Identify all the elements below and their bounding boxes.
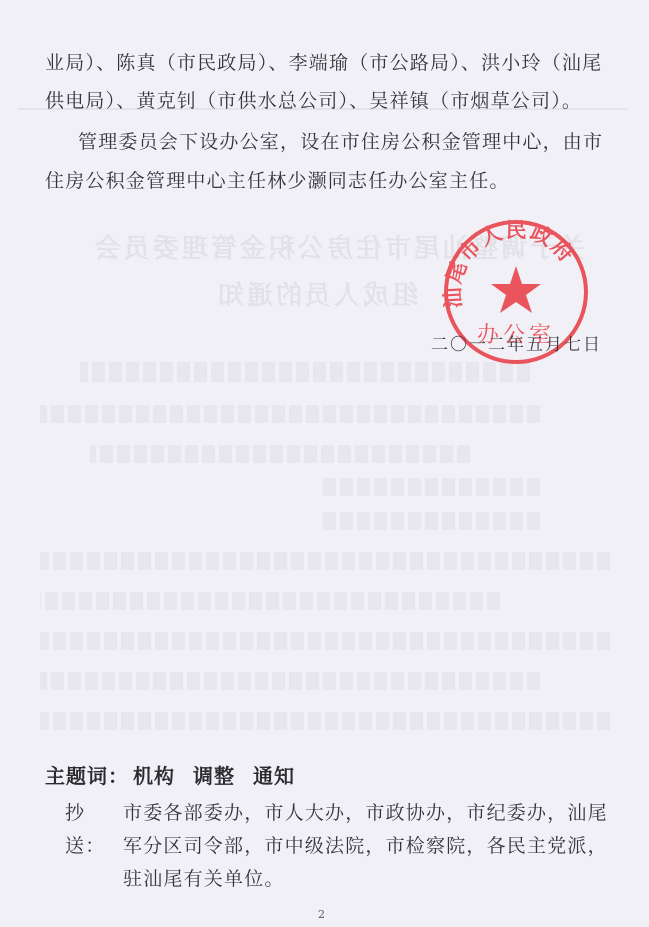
bleed-through-text [40, 552, 610, 570]
keyword: 调整 [193, 764, 235, 788]
cc-line-2: 军分区司令部，市中级法院，市检察院，各民主党派， [123, 830, 643, 863]
body-line-4: 住房公积金管理中心主任林少灏同志任办公室主任。 [45, 166, 510, 193]
page-number: 2 [318, 908, 325, 921]
body-line-3: 管理委员会下设办公室，设在市住房公积金管理中心，由市 [78, 127, 603, 154]
keywords-label: 主题词： [45, 764, 129, 788]
cc-recipients: 市委各部委办，市人大办，市政协办，市纪委办，汕尾 军分区司令部，市中级法院，市检… [123, 797, 643, 896]
document-page: 关于调整汕尾市住房公积金管理委员会 组成人员的通知 业局）、陈真（市民政局）、李… [0, 0, 649, 927]
star-icon [491, 266, 541, 313]
bleed-through-text [40, 632, 610, 650]
bleed-through-text [320, 478, 540, 496]
bleed-through-text [40, 712, 610, 730]
bleed-through-text [40, 672, 540, 690]
keyword: 通知 [253, 764, 295, 788]
bleed-through-text [40, 592, 500, 610]
bleed-through-text [90, 445, 470, 463]
bleed-through-text [320, 512, 540, 530]
cc-label: 抄送： [65, 797, 105, 863]
body-line-1: 业局）、陈真（市民政局）、李端瑜（市公路局）、洪小玲（汕尾 [45, 48, 602, 75]
keyword: 机构 [133, 764, 175, 788]
issue-date: 二〇一二年五月七日 [431, 330, 602, 355]
cc-line-1: 市委各部委办，市人大办，市政协办，市纪委办，汕尾 [123, 797, 643, 830]
subject-keywords: 主题词：机构调整通知 [45, 760, 313, 789]
cc-line-3: 驻汕尾有关单位。 [123, 863, 643, 896]
body-line-2: 供电局）、黄克钊（市供水总公司）、吴祥镇（市烟草公司）。 [45, 86, 582, 113]
bleed-through-title-2: 组成人员的通知 [215, 275, 418, 312]
bleed-through-text [40, 405, 540, 423]
